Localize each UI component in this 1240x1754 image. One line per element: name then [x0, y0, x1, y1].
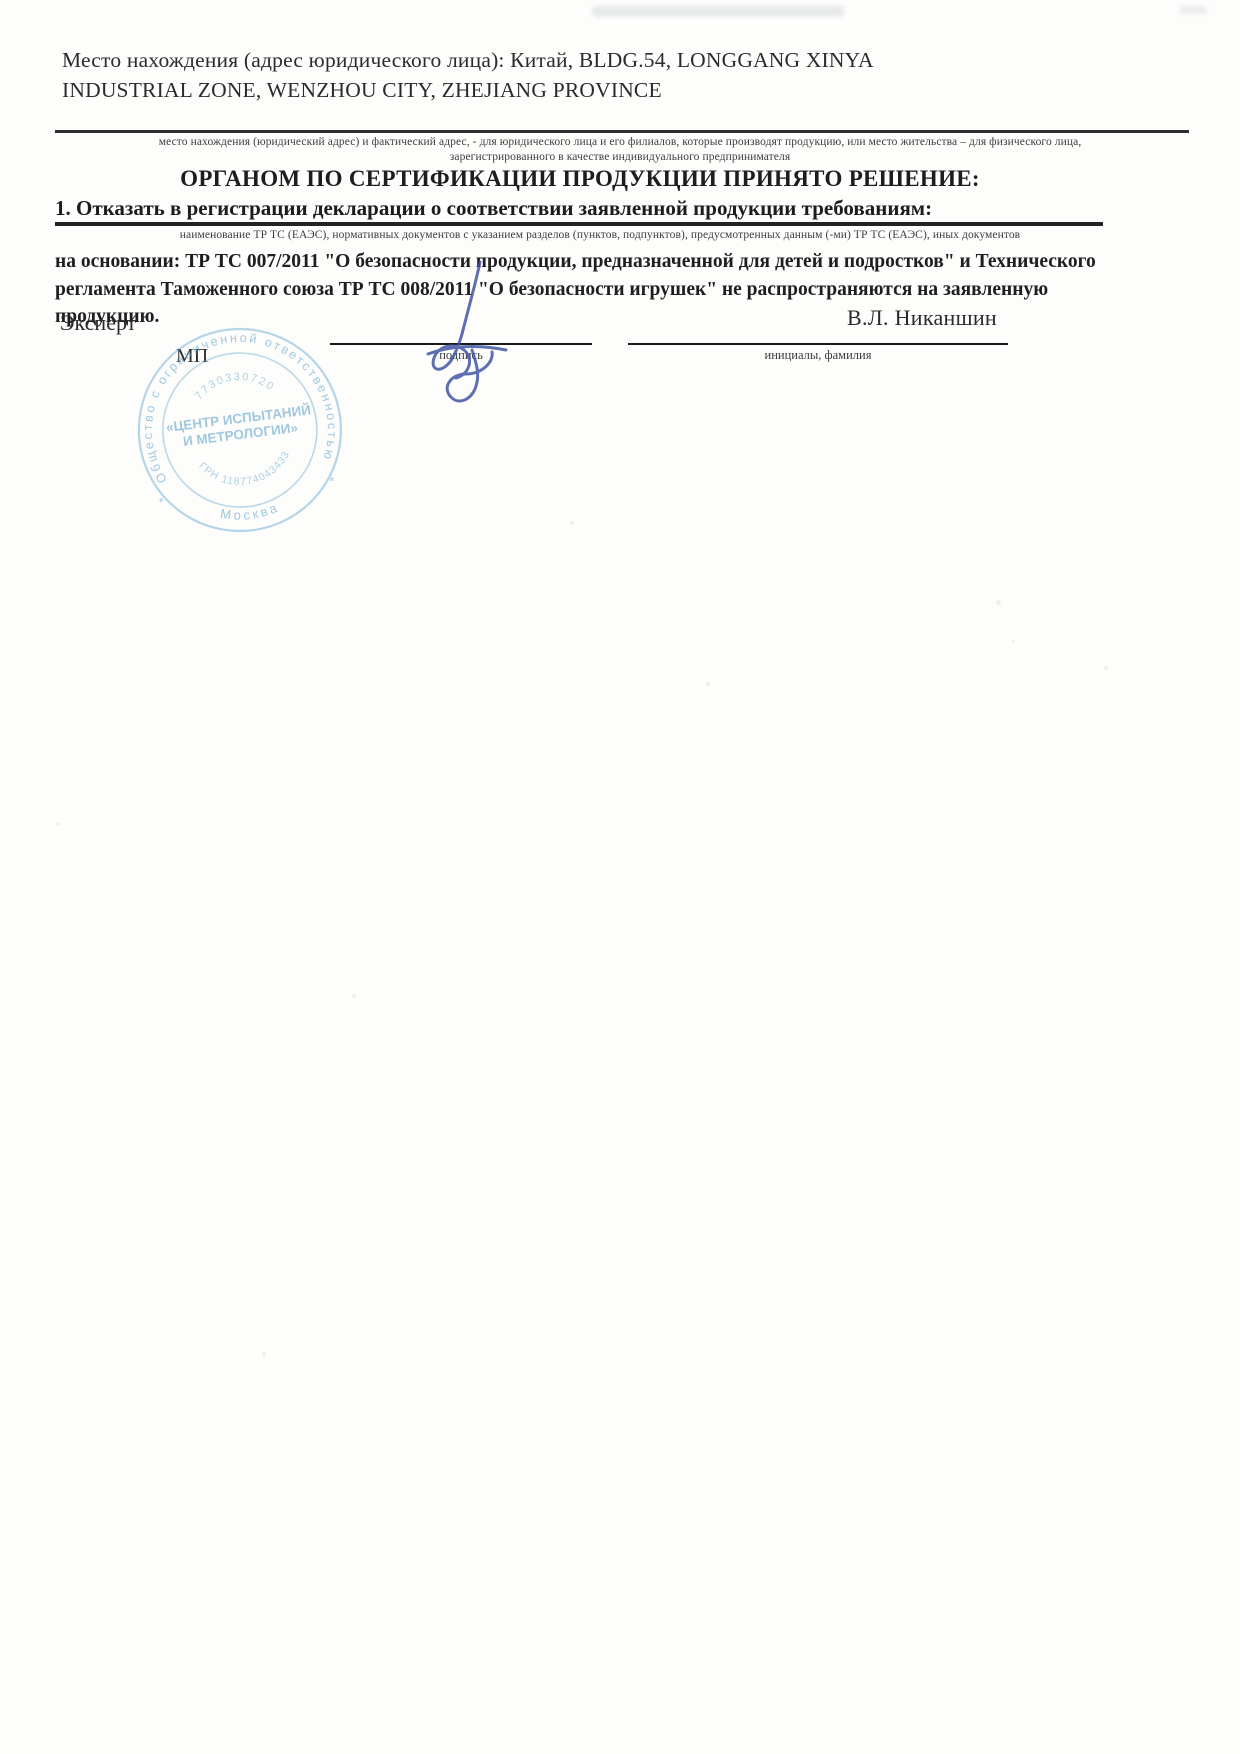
scan-speck	[262, 1352, 266, 1356]
stamp-inn-number: 7730330720	[191, 366, 279, 403]
name-line-caption: инициалы, фамилия	[628, 348, 1008, 363]
decision-field-caption: наименование ТР ТС (ЕАЭС), нормативных д…	[55, 229, 1145, 241]
stamp-city-text: Москва	[218, 499, 283, 526]
scan-speck	[1104, 666, 1108, 670]
stamp-asterisk: *	[329, 474, 336, 489]
company-round-stamp: Общество с ограниченной ответственностью…	[113, 307, 366, 555]
horizontal-rule	[55, 222, 1103, 226]
decision-heading: ОРГАНОМ ПО СЕРТИФИКАЦИИ ПРОДУКЦИИ ПРИНЯТ…	[0, 166, 1160, 192]
scan-speck	[1012, 640, 1015, 643]
horizontal-rule	[55, 130, 1189, 133]
scan-smudge	[592, 6, 844, 17]
scan-speck	[996, 600, 1001, 605]
signature-graphic	[410, 258, 540, 408]
handwritten-signature	[410, 258, 540, 408]
name-line	[628, 343, 1008, 345]
scan-speck	[570, 521, 574, 525]
scanned-document-page: Место нахождения (адрес юридического лиц…	[0, 0, 1240, 1754]
address-field-caption-line1: место нахождения (юридический адрес) и ф…	[70, 136, 1170, 148]
scan-smudge	[1180, 6, 1206, 14]
expert-label: Эксперт	[60, 310, 136, 336]
stamp-graphic: Общество с ограниченной ответственностью…	[113, 307, 366, 555]
manufacturer-address-text: Место нахождения (адрес юридического лиц…	[62, 46, 992, 105]
decision-item-1: 1. Отказать в регистрации декларации о с…	[55, 196, 1175, 221]
svg-text:7730330720: 7730330720	[191, 366, 279, 403]
expert-name: В.Л. Никаншин	[732, 305, 1112, 331]
address-field-caption-line2: зарегистрированного в качестве индивидуа…	[70, 151, 1170, 163]
scan-speck	[56, 822, 60, 826]
scan-speck	[706, 682, 710, 686]
svg-text:Москва: Москва	[218, 499, 283, 526]
scan-speck	[352, 994, 356, 998]
